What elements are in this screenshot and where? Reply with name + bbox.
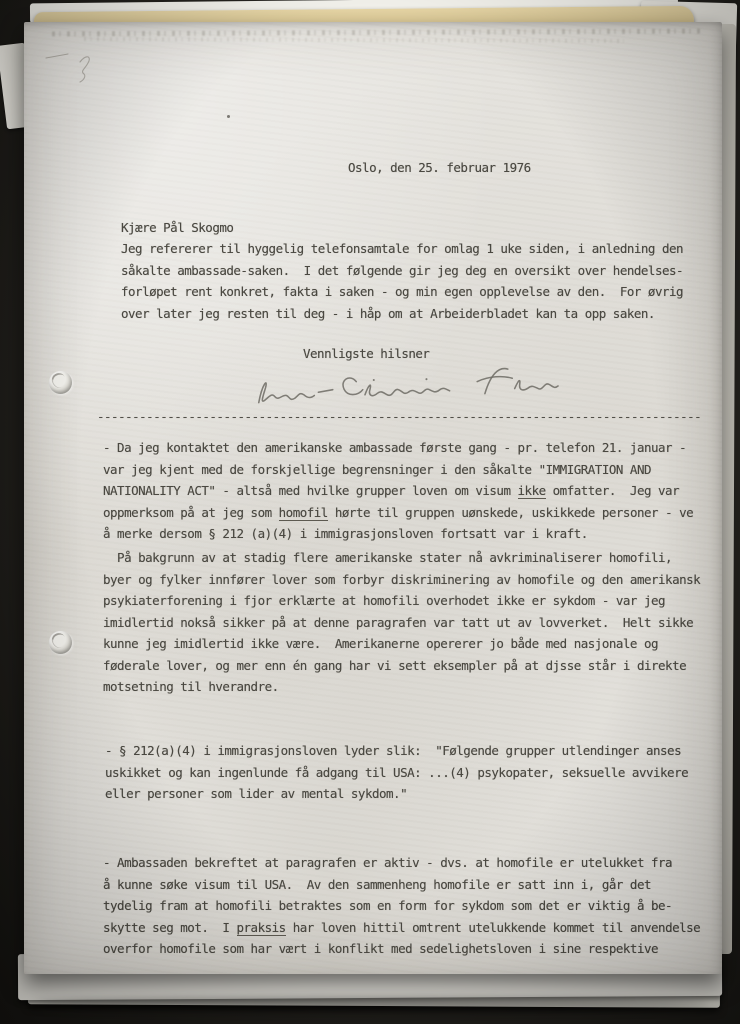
text-line: På bakgrunn av at stadig flere amerikans… [103,547,700,569]
date-line: Oslo, den 25. februar 1976 [348,157,531,179]
text-line: skytte seg mot. I praksis har loven hitt… [103,917,700,939]
ink-dot [227,115,230,118]
text-line: å merke dersom § 212 (a)(4) i immigrasjo… [103,523,693,545]
text-line: - Ambassaden bekreftet at paragrafen er … [103,852,700,874]
handwritten-signature [251,357,562,412]
text-line: forløpet rent konkret, fakta i saken - o… [121,281,683,303]
text-line: byer og fylker innfører lover som forbyr… [103,569,700,591]
text-line: eller personer som lider av mental sykdo… [105,783,688,805]
text-line: å kunne søke visum til USA. Av den samme… [103,874,700,896]
text-line: var jeg kjent med de forskjellige begren… [103,459,693,481]
text-line: - Da jeg kontaktet den amerikanske ambas… [103,437,693,459]
typed-dash-separator: ----------------------------------------… [97,406,701,428]
text-line: oppmerksom på at jeg som homofil hørte t… [103,502,693,524]
bleed-through-text-strip [84,37,624,43]
body-paragraph-4: - Ambassaden bekreftet at paragrafen er … [103,852,700,960]
text-line: Jeg refererer til hyggelig telefonsamtal… [121,238,683,260]
photographed-document-scene: Oslo, den 25. februar 1976 Kjære Pål Sko… [0,0,740,1024]
text-line: over later jeg resten til deg - i håp om… [121,303,683,325]
body-paragraph-2: På bakgrunn av at stadig flere amerikans… [103,547,700,698]
salutation: Kjære Pål Skogmo [121,217,233,239]
text-line: imidlertid nokså sikker på at denne para… [103,612,700,634]
text-line: - § 212(a)(4) i immigrasjonsloven lyder … [105,740,688,762]
paper-stack-shadow [34,998,710,1010]
text-line: såkalte ambassade-saken. I det følgende … [121,260,683,282]
text-line: tydelig fram at homofili betraktes som e… [103,895,700,917]
letter-page: Oslo, den 25. februar 1976 Kjære Pål Sko… [24,22,722,974]
text-line: overfor homofile som har vært i konflikt… [103,938,700,960]
body-paragraph-3: - § 212(a)(4) i immigrasjonsloven lyder … [105,740,688,805]
body-paragraph-1: - Da jeg kontaktet den amerikanske ambas… [103,437,693,545]
punch-hole-bottom [49,631,72,654]
text-line: uskikket og kan ingenlunde få adgang til… [105,762,688,784]
text-line: NATIONALITY ACT" - altså med hvilke grup… [103,480,693,502]
pencil-mark [42,46,106,86]
text-line: motsetning til hverandre. [103,676,700,698]
intro-paragraph: Jeg refererer til hyggelig telefonsamtal… [121,238,683,324]
text-line: kunne jeg imidlertid ikke være. Amerikan… [103,633,700,655]
text-line: føderale lover, og mer enn én gang har v… [103,655,700,677]
text-line: psykiaterforening i fjor erklærte at hom… [103,590,700,612]
punch-hole-top [49,371,72,394]
bleed-through-text-strip [52,29,700,37]
